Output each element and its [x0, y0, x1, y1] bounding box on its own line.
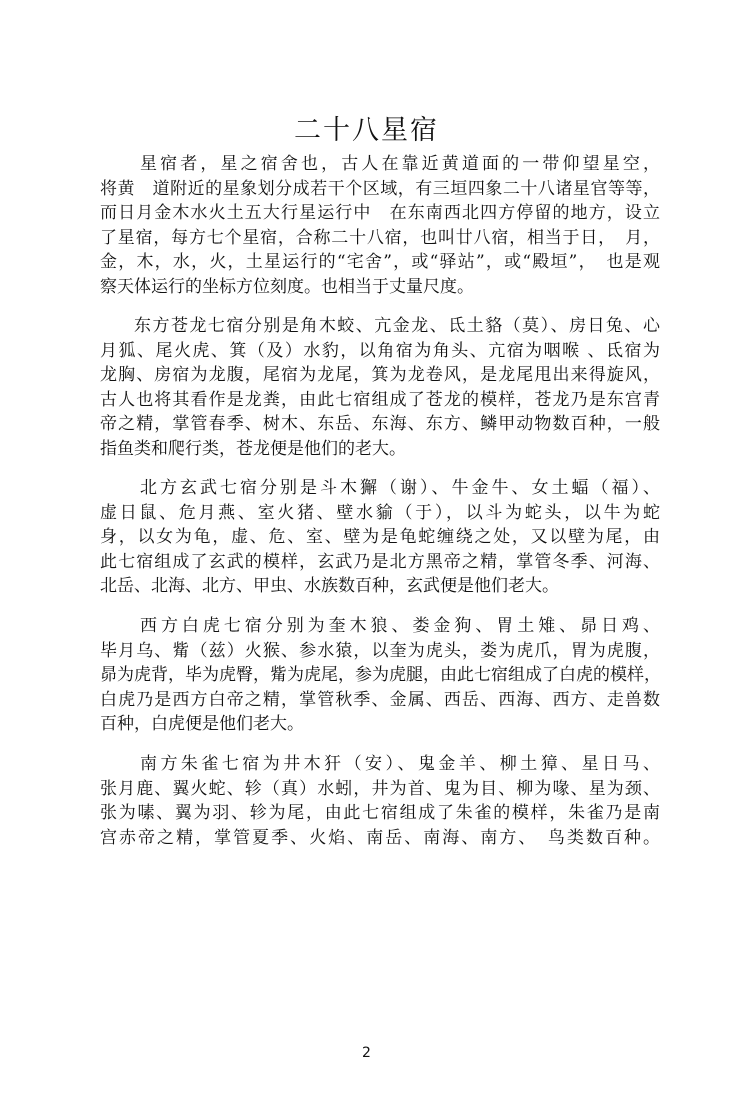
text-line: 白虎乃是西方白帝之精，掌管秋季、金属、西岳、西海、西方、走兽数 [100, 688, 660, 713]
paragraph-north-black-tortoise: 北方玄武七宿分别是斗木獬（谢）、牛金牛、女土蝠（福）、 虚日鼠、危月燕、室火猪、… [100, 476, 660, 599]
text-line: 了星宿，每方七个星宿，合称二十八宿，也叫廿八宿，相当于日， 月， [100, 226, 660, 251]
text-line: 古人也将其看作是龙粪，由此七宿组成了苍龙的模样，苍龙乃是东宫青 [100, 388, 660, 413]
text-line: 月狐、尾火虎、箕（及）水豹，以角宿为角头、亢宿为咽喉 、氐宿为 [100, 339, 660, 364]
text-line: 身，以女为龟，虚、危、室、壁为是龟蛇缠绕之处，又以壁为尾，由 [100, 525, 660, 550]
text-line: 张月鹿、翼火蛇、轸（真）水蚓，井为首、鬼为目、柳为喙、星为颈、 [100, 777, 660, 802]
text-line: 察天体运行的坐标方位刻度。也相当于丈量尺度。 [100, 275, 660, 300]
paragraph-east-azure-dragon: 东方苍龙七宿分别是角木蛟、亢金龙、氐土貉（莫）、房日兔、心 月狐、尾火虎、箕（及… [100, 314, 660, 461]
text-line: 此七宿组成了玄武的模样，玄武乃是北方黑帝之精，掌管冬季、河海、 [100, 550, 660, 575]
text-line: 昴为虎背，毕为虎臀，觜为虎尾，参为虎腿，由此七宿组成了白虎的模样， [100, 663, 660, 688]
text-line: 南方朱雀七宿为井木犴（安）、鬼金羊、柳土獐、星日马、 [100, 752, 660, 777]
text-line: 龙胸、房宿为龙腹，尾宿为龙尾，箕为龙卷风，是龙尾甩出来得旋风， [100, 363, 660, 388]
text-line: 而日月金木水火土五大行星运行中 在东南西北四方停留的地方，设立 [100, 201, 660, 226]
text-line: 宫赤帝之精，掌管夏季、火焰、南岳、南海、南方、 鸟类数百种。 [100, 826, 660, 851]
text-line: 毕月乌、觜（兹）火猴、参水猿，以奎为虎头，娄为虎爪，胃为虎腹， [100, 639, 660, 664]
text-line: 百种，白虎便是他们老大。 [100, 712, 660, 737]
page-number: 2 [0, 1045, 733, 1061]
page-title: 二十八星宿 [0, 108, 733, 147]
text-line: 西方白虎七宿分别为奎木狼、娄金狗、胃土雉、昴日鸡、 [100, 614, 660, 639]
text-line: 将黄 道附近的星象划分成若干个区域，有三垣四象二十八诸星官等等， [100, 177, 660, 202]
text-line: 北方玄武七宿分别是斗木獬（谢）、牛金牛、女土蝠（福）、 [100, 476, 660, 501]
paragraph-intro: 星宿者，星之宿舍也，古人在靠近黄道面的一带仰望星空， 将黄 道附近的星象划分成若… [100, 152, 660, 299]
text-line: 帝之精，掌管春季、树木、东岳、东海、东方、鳞甲动物数百种，一般 [100, 412, 660, 437]
text-line: 虚日鼠、危月燕、室火猪、壁水貐（于），以斗为蛇头，以牛为蛇 [100, 501, 660, 526]
paragraph-south-vermilion-bird: 南方朱雀七宿为井木犴（安）、鬼金羊、柳土獐、星日马、 张月鹿、翼火蛇、轸（真）水… [100, 752, 660, 850]
text-line: 指鱼类和爬行类，苍龙便是他们的老大。 [100, 437, 660, 462]
text-line: 北岳、北海、北方、甲虫、水族数百种，玄武便是他们老大。 [100, 574, 660, 599]
paragraph-west-white-tiger: 西方白虎七宿分别为奎木狼、娄金狗、胃土雉、昴日鸡、 毕月乌、觜（兹）火猴、参水猿… [100, 614, 660, 737]
text-line: 金，木，水，火，土星运行的“宅舍”，或“驿站”，或“殿垣”， 也是观 [100, 250, 660, 275]
text-line: 张为嗉、翼为羽、轸为尾，由此七宿组成了朱雀的模样，朱雀乃是南 [100, 801, 660, 826]
document-page: 二十八星宿 星宿者，星之宿舍也，古人在靠近黄道面的一带仰望星空， 将黄 道附近的… [0, 0, 733, 1100]
text-line: 星宿者，星之宿舍也，古人在靠近黄道面的一带仰望星空， [100, 152, 660, 177]
text-line: 东方苍龙七宿分别是角木蛟、亢金龙、氐土貉（莫）、房日兔、心 [100, 314, 660, 339]
